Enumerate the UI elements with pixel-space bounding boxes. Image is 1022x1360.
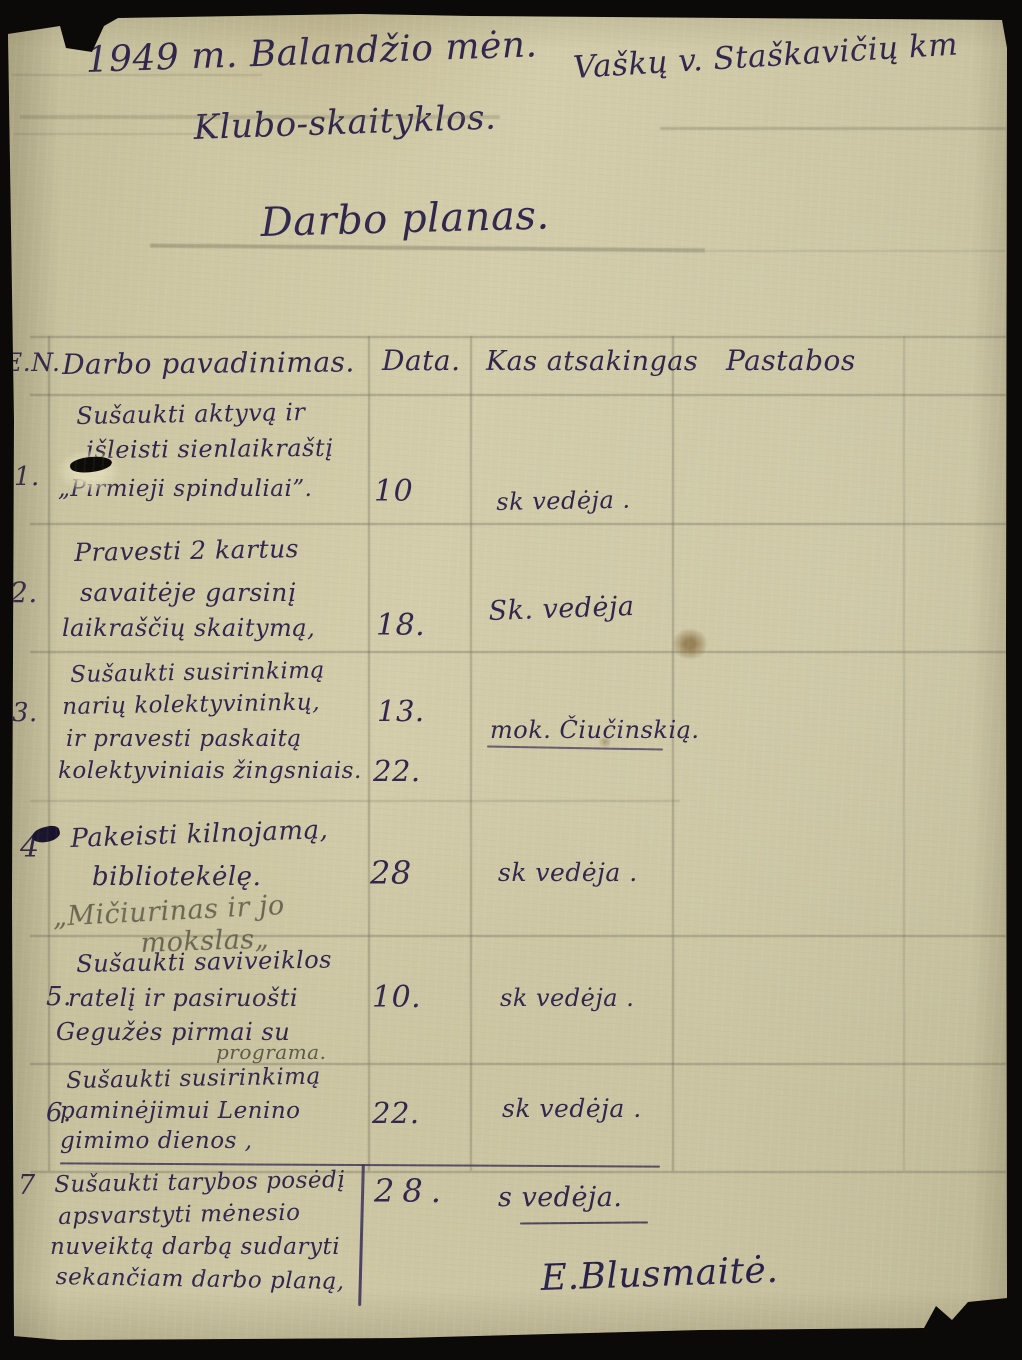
table-grid-vline (903, 336, 905, 1171)
responsible-value: mok. Čiučinskią. (490, 716, 700, 744)
task-line: Sušaukti tarybos posėdį (54, 1167, 345, 1198)
heading-location: Vaškų v. Staškavičių km (572, 26, 959, 85)
title-underline-pencil-faint (705, 250, 1005, 252)
task-line: ratelį ir pasiruošti (68, 984, 298, 1012)
table-top-border (30, 336, 1006, 338)
responsible-value: s vedėja. (498, 1182, 622, 1213)
task-line: „Pirmieji spinduliai”. (58, 476, 312, 502)
task-line: apsvarstyti mėnesio (58, 1200, 301, 1230)
table-grid-vline (48, 336, 50, 1171)
heading-club: Klubo-skaityklos. (193, 97, 497, 148)
date-value: 22. (373, 754, 421, 788)
task-line: Sušaukti aktyvą ir (76, 398, 306, 430)
date-value: 28 (370, 854, 412, 892)
date-value: 13. (377, 694, 425, 728)
task-line: laikraščių skaitymą, (62, 614, 315, 642)
column-header-number: E.N. (4, 348, 60, 377)
task-line: gimimo dienos , (60, 1128, 253, 1154)
date-value: 18. (376, 608, 425, 643)
row-number: 1. (14, 462, 40, 492)
responsible-value: sk vedėja . (502, 1094, 642, 1123)
task-line: Sušaukti susirinkimą (66, 1064, 321, 1094)
heading-year-month: 1949 m. Balandžio mėn. (85, 24, 538, 81)
task-line: Sušaukti susirinkimą (70, 658, 325, 688)
row-number: 3. (12, 698, 38, 728)
responsible-underline-ink (487, 745, 663, 750)
task-line: kolektyviniais žingsniais. (58, 758, 362, 784)
responsible-value: sk vedėja . (500, 984, 634, 1012)
column-header-task: Darbo pavadinimas. (62, 345, 355, 381)
scanned-document: 1949 m. Balandžio mėn. Vaškų v. Staškavi… (0, 0, 1022, 1360)
table-row-border (30, 523, 1006, 525)
signature: E.Blusmaitė. (540, 1250, 779, 1299)
table-grid-vline (368, 336, 370, 1171)
column-header-notes: Pastabos (726, 344, 856, 377)
table-row-border (30, 800, 680, 802)
table-row-border (30, 651, 1006, 653)
responsible-value: sk vedėja . (498, 858, 638, 887)
task-line: išleisti sienlaikraštį (86, 434, 333, 464)
task-line-pencil-insert: programa. (216, 1040, 326, 1064)
column-header-responsible: Kas atsakingas (486, 346, 698, 377)
row-number: 2. (10, 576, 38, 609)
brown-stain (672, 628, 708, 660)
table-header-border (30, 394, 1006, 396)
pencil-line (20, 115, 500, 119)
date-value: 10 (374, 474, 413, 509)
date-value: 10. (372, 980, 421, 1015)
row-number: 7 (18, 1170, 36, 1201)
task-line: bibliotekėlę. (92, 862, 261, 892)
document-title: Darbo planas. (260, 192, 550, 246)
pencil-line (14, 133, 214, 135)
task-line: paminėjimui Lenino (60, 1098, 301, 1124)
responsible-value: sk vedėja . (496, 486, 631, 516)
paper-sheet: 1949 m. Balandžio mėn. Vaškų v. Staškavi… (0, 0, 1022, 1360)
column-header-date: Data. (382, 344, 461, 377)
responsible-underline-ink (520, 1221, 648, 1224)
date-value: 22. (372, 1096, 420, 1130)
table-row-border (30, 1063, 1006, 1065)
row-number: 4 (20, 830, 40, 865)
cell-divider-ink-stroke (358, 1164, 365, 1306)
pencil-line (660, 127, 1006, 130)
pencil-line (12, 74, 262, 76)
responsible-value: Sk. vedėja (488, 591, 635, 627)
task-line: Pakeisti kilnojamą, (70, 815, 329, 854)
row-divider-ink-line (60, 1162, 660, 1167)
table-grid-vline (470, 336, 472, 1171)
task-line: savaitėje garsinį (80, 578, 296, 607)
task-line: narių kolektyvininkų, (62, 690, 320, 720)
date-value: 28. (374, 1172, 449, 1210)
title-underline-pencil (150, 244, 705, 253)
task-line: ir pravesti paskaitą (66, 726, 302, 752)
task-line: sekančiam darbo planą, (56, 1264, 345, 1295)
table-grid-vline (672, 336, 674, 1171)
task-line: nuveiktą darbą sudaryti (50, 1234, 340, 1260)
task-line: Pravesti 2 kartus (74, 534, 299, 567)
task-line: Sušaukti saviveiklos (76, 946, 332, 978)
